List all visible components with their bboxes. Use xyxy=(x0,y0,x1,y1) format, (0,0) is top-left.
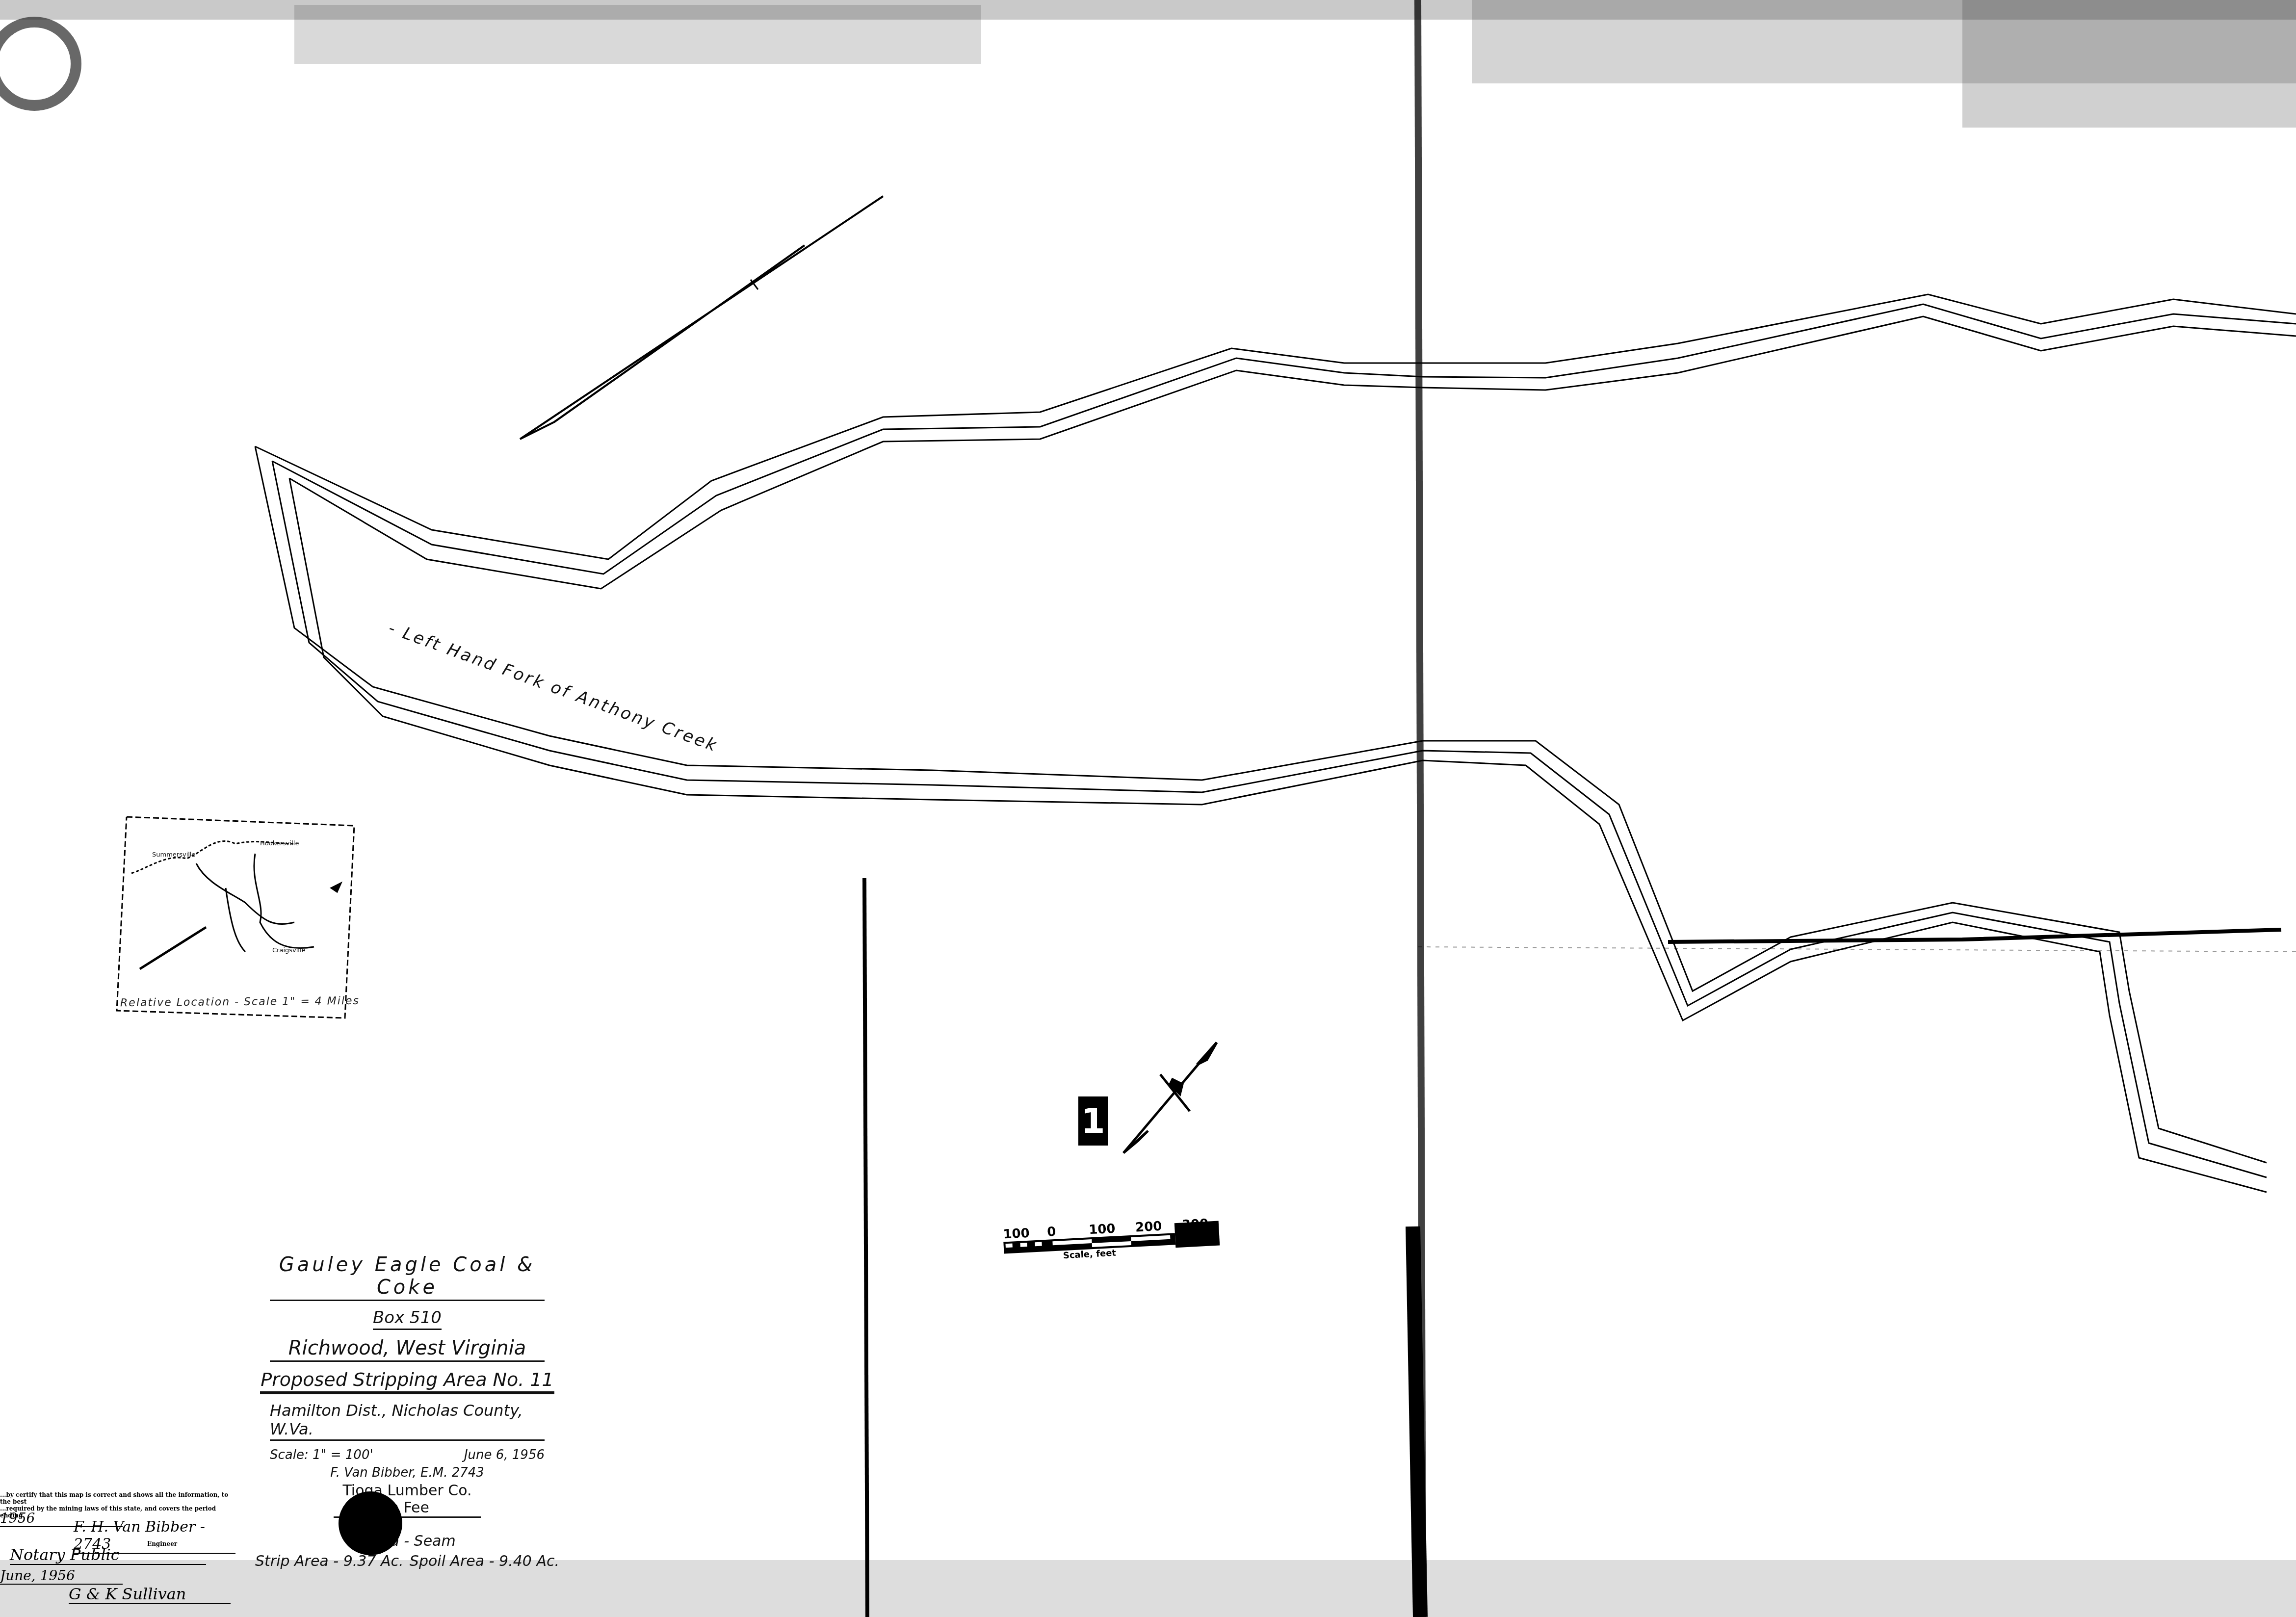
town-label-summersville: Summersville xyxy=(152,851,195,859)
notary-signature: Notary Public xyxy=(10,1545,206,1565)
scale-tick: 100 xyxy=(1088,1222,1116,1238)
map-scale: Scale: 1" = 100' xyxy=(270,1448,373,1462)
inset-map-caption: Relative Location - Scale 1" = 4 Miles xyxy=(120,995,360,1009)
scale-tick: 200 xyxy=(1135,1219,1162,1235)
upper-traverse xyxy=(255,294,2296,589)
inset-map xyxy=(117,817,354,1018)
spoil-area: Spoil Area - 9.40 Ac. xyxy=(410,1553,559,1570)
sheet-number: 1 xyxy=(1078,1096,1108,1146)
notary-date: June, 1956 xyxy=(0,1567,123,1585)
title-block: Gauley Eagle Coal & Coke Box 510 Richwoo… xyxy=(255,1253,559,1570)
engineer-line: F. Van Bibber, E.M. 2743 xyxy=(255,1465,559,1480)
north-arrow xyxy=(1123,1043,1217,1153)
map-date: June 6, 1956 xyxy=(464,1448,545,1462)
seam-name: Tioga - Seam xyxy=(255,1533,559,1550)
notary-seal xyxy=(339,1491,402,1555)
area-title: Proposed Stripping Area No. 11 xyxy=(260,1369,554,1394)
town-label-hookersville: Hookersville xyxy=(260,840,299,847)
district: Hamilton Dist., Nicholas County, W.Va. xyxy=(270,1401,545,1441)
map-sheet: - Left Hand Fork of Anthony Creek Relati… xyxy=(0,0,2296,1617)
scale-tick: 0 xyxy=(1047,1225,1057,1240)
owner-signature: G & K Sullivan xyxy=(69,1585,231,1604)
town-label-craigsville: Craigsville xyxy=(272,947,306,954)
company-box: Box 510 xyxy=(373,1308,442,1330)
strip-area: Strip Area - 9.37 Ac. xyxy=(255,1553,404,1570)
scale-tick: 100 xyxy=(1003,1226,1030,1242)
company-name: Gauley Eagle Coal & Coke xyxy=(270,1253,545,1301)
company-city: Richwood, West Virginia xyxy=(270,1337,545,1362)
lower-traverse xyxy=(255,446,2267,1192)
